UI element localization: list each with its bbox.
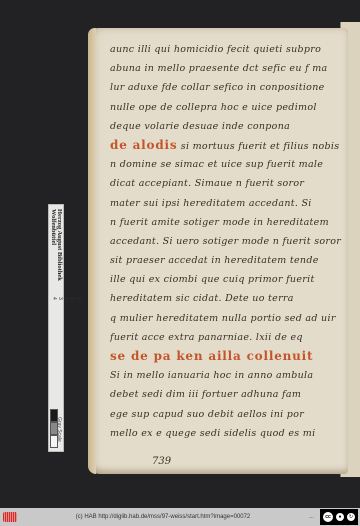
- manuscript-line: ille qui ex ciombi que cuiq primor fueri…: [110, 270, 350, 289]
- manuscript-line: hereditatem sic cidat. Dete uo terra: [110, 289, 350, 308]
- color-ruler: Herzog August Bibliothek Wolfenbüttel 0 …: [48, 204, 64, 452]
- manuscript-line: sit praeser accedat in hereditatem tende: [110, 251, 350, 270]
- rubric-heading: se de pa ken ailla collenuit: [110, 347, 350, 366]
- cc-icon: cc: [323, 512, 333, 522]
- manuscript-line: deque volarie desuae inde conpona: [110, 117, 350, 136]
- license-badge[interactable]: cc ● ↻: [320, 509, 358, 525]
- manuscript-line: aunc illi qui homicidio fecit quieti sub…: [110, 40, 350, 59]
- manuscript-line: dicat accepiant. Simaue n fuerit soror: [110, 174, 350, 193]
- more-button[interactable]: ...: [309, 514, 314, 520]
- by-icon: ●: [336, 513, 344, 521]
- manuscript-line: n fuerit amite sotiger mode in hereditat…: [110, 213, 350, 232]
- rubric-heading: de alodis si mortuus fuerit et filius no…: [110, 136, 350, 155]
- manuscript-line: abuna in mello praesente dct sefic eu f …: [110, 59, 350, 78]
- hab-logo-icon[interactable]: [3, 512, 17, 522]
- manuscript-line: debet sedi dim iii fortuer adhuna fam: [110, 385, 350, 404]
- image-viewer[interactable]: aunc illi qui homicidio fecit quieti sub…: [0, 0, 360, 508]
- manuscript-line: Si in mello ianuaria hoc in anno ambula: [110, 366, 350, 385]
- credit-link[interactable]: (c) HAB http://diglib.hab.de/mss/97-weis…: [17, 514, 309, 520]
- manuscript-line: mater sui ipsi hereditatem accedant. Si: [110, 194, 350, 213]
- manuscript-line: n domine se simac et uice sup fuerit mal…: [110, 155, 350, 174]
- manuscript-line: mello ex e quege sedi sidelis quod es mi: [110, 424, 350, 443]
- manuscript-line: nulle ope de collepra hoc e uice pedimol: [110, 98, 350, 117]
- rubric-title: de alodis: [110, 138, 177, 152]
- ruler-institution: Herzog August Bibliothek Wolfenbüttel: [50, 209, 62, 281]
- manuscript-line: accedant. Si uero sotiger mode n fuerit …: [110, 232, 350, 251]
- manuscript-line: ege sup capud suo debit aellos ini por: [110, 405, 350, 424]
- manuscript-line: fuerit acce extra panarniae. lxii de eq: [110, 328, 350, 347]
- page-edge: [88, 28, 96, 474]
- manuscript-line: lur aduxe fde collar sefico in conpositi…: [110, 78, 350, 97]
- sa-icon: ↻: [347, 513, 355, 521]
- ruler-scale: 0 1 2 3 4: [51, 297, 81, 314]
- footer-bar: (c) HAB http://diglib.hab.de/mss/97-weis…: [0, 508, 360, 526]
- manuscript-line-continuation: si mortuus fuerit et filius nobis: [181, 141, 340, 152]
- gray-scale-label: Gray Scale: [56, 417, 62, 442]
- folio-number: 739: [152, 456, 171, 467]
- manuscript-text: aunc illi qui homicidio fecit quieti sub…: [110, 40, 350, 443]
- manuscript-line: q mulier hereditatem nulla portio sed ad…: [110, 309, 350, 328]
